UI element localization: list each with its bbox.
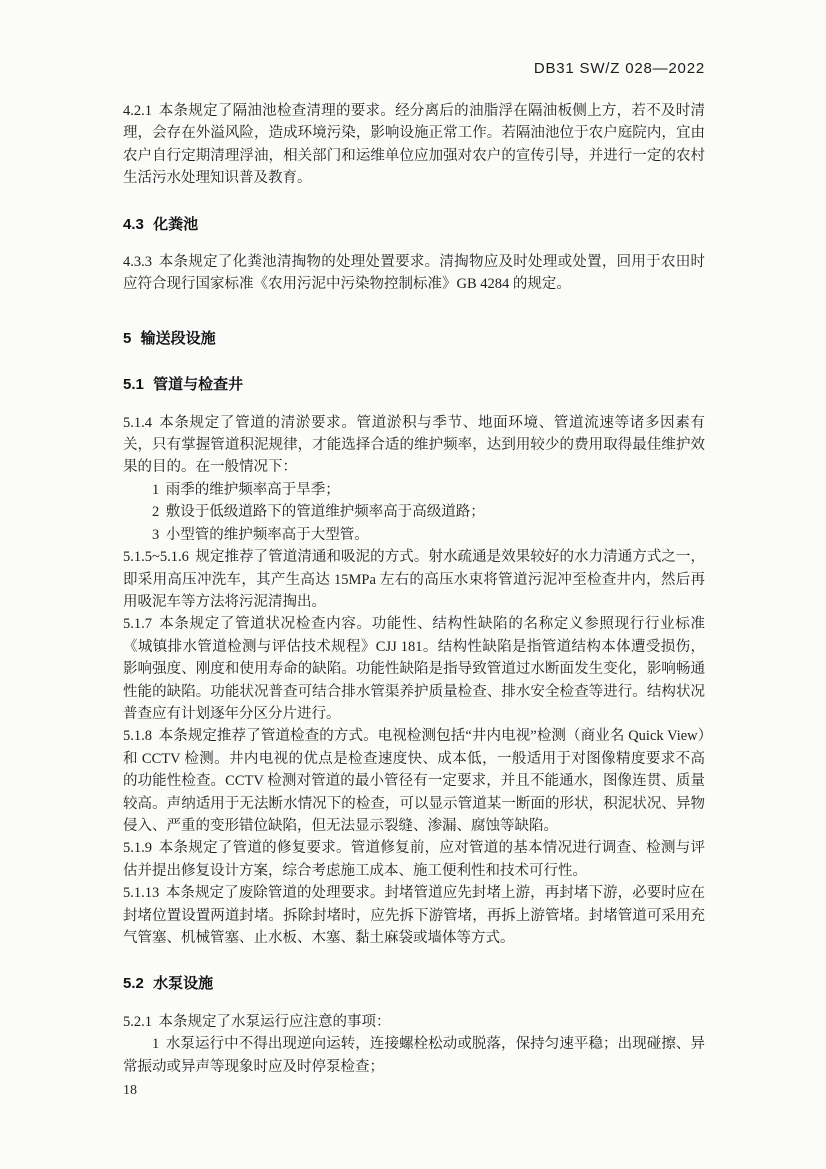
heading-number: 5.1 xyxy=(123,376,144,393)
list-item: 2敷设于低级道路下的管道维护频率高于高级道路； xyxy=(123,501,705,523)
list-item-number: 1 xyxy=(152,1036,159,1052)
section-heading-4-3: 4.3化粪池 xyxy=(123,214,705,236)
clause-text: 本条规定了隔油池检查清理的要求。经分离后的油脂浮在隔油板侧上方，若不及时清理，会… xyxy=(123,103,705,186)
clause-5-1-13: 5.1.13本条规定了废除管道的处理要求。封堵管道应先封堵上游，再封堵下游，必要… xyxy=(123,882,705,949)
clause-number: 5.1.8 xyxy=(123,728,152,744)
clause-4-3-3: 4.3.3本条规定了化粪池清掏物的处理处置要求。清掏物应及时处理或处置，回用于农… xyxy=(123,251,705,296)
list-item-text: 水泵运行中不得出现逆向运转，连接螺栓松动或脱落，保持匀速平稳；出现碰擦、异常振动… xyxy=(123,1036,705,1074)
clause-5-1-5-to-5-1-6: 5.1.5~5.1.6规定推荐了管道清通和吸泥的方式。射水疏通是效果较好的水力清… xyxy=(123,546,705,613)
clause-text: 本条规定了水泵运行应注意的事项： xyxy=(159,1014,391,1030)
clause-text: 本条规定推荐了管道检查的方式。电视检测包括“井内电视”检测（商业名 Quick … xyxy=(123,728,705,834)
page-number: 18 xyxy=(123,1083,137,1099)
heading-title: 化粪池 xyxy=(153,216,198,233)
running-header: DB31 SW/Z 028—2022 xyxy=(534,60,705,77)
clause-number: 5.1.13 xyxy=(123,885,159,901)
clause-text: 本条规定了管道状况检查内容。功能性、结构性缺陷的名称定义参照现行行业标准《城镇排… xyxy=(123,616,705,722)
list-item-number: 3 xyxy=(152,527,159,543)
list-item: 3小型管的维护频率高于大型管。 xyxy=(123,524,705,546)
clause-5-1-9: 5.1.9本条规定了管道的修复要求。管道修复前，应对管道的基本情况进行调查、检测… xyxy=(123,837,705,882)
clause-number: 5.2.1 xyxy=(123,1014,152,1030)
section-heading-5-1: 5.1管道与检查井 xyxy=(123,374,705,396)
heading-title: 水泵设施 xyxy=(153,975,213,992)
chapter-heading-5: 5输送段设施 xyxy=(123,328,705,350)
list-item-number: 2 xyxy=(152,504,159,520)
clause-text: 本条规定了管道的修复要求。管道修复前，应对管道的基本情况进行调查、检测与评估并提… xyxy=(123,840,705,878)
heading-number: 5 xyxy=(123,330,131,347)
clause-text: 本条规定了化粪池清掏物的处理处置要求。清掏物应及时处理或处置，回用于农田时应符合… xyxy=(123,254,705,292)
clause-5-1-7: 5.1.7本条规定了管道状况检查内容。功能性、结构性缺陷的名称定义参照现行行业标… xyxy=(123,613,705,725)
heading-title: 管道与检查井 xyxy=(153,376,243,393)
list-item-text: 敷设于低级道路下的管道维护频率高于高级道路； xyxy=(166,504,485,520)
clause-5-1-4: 5.1.4本条规定了管道的清淤要求。管道淤积与季节、地面环境、管道流速等诸多因素… xyxy=(123,412,705,479)
clause-4-2-1: 4.2.1本条规定了隔油池检查清理的要求。经分离后的油脂浮在隔油板侧上方，若不及… xyxy=(123,100,705,190)
list-item-text: 小型管的维护频率高于大型管。 xyxy=(166,527,369,543)
list-item-text: 雨季的维护频率高于旱季； xyxy=(166,482,340,498)
list-item-number: 1 xyxy=(152,482,159,498)
clause-5-1-8: 5.1.8本条规定推荐了管道检查的方式。电视检测包括“井内电视”检测（商业名 Q… xyxy=(123,725,705,837)
clause-text: 本条规定了管道的清淤要求。管道淤积与季节、地面环境、管道流速等诸多因素有关，只有… xyxy=(123,415,705,476)
clause-5-2-1: 5.2.1本条规定了水泵运行应注意的事项： xyxy=(123,1011,705,1033)
clause-text: 规定推荐了管道清通和吸泥的方式。射水疏通是效果较好的水力清通方式之一，即采用高压… xyxy=(123,549,705,610)
clause-number: 5.1.7 xyxy=(123,616,152,632)
list-item: 1水泵运行中不得出现逆向运转，连接螺栓松动或脱落，保持匀速平稳；出现碰擦、异常振… xyxy=(123,1033,705,1078)
heading-title: 输送段设施 xyxy=(141,330,216,347)
list-item: 1雨季的维护频率高于旱季； xyxy=(123,479,705,501)
clause-number: 5.1.9 xyxy=(123,840,152,856)
clause-number: 5.1.5~5.1.6 xyxy=(123,549,189,565)
document-page: DB31 SW/Z 028—2022 4.2.1本条规定了隔油池检查清理的要求。… xyxy=(0,0,826,1169)
heading-number: 5.2 xyxy=(123,975,144,992)
section-heading-5-2: 5.2水泵设施 xyxy=(123,973,705,995)
document-body: 4.2.1本条规定了隔油池检查清理的要求。经分离后的油脂浮在隔油板侧上方，若不及… xyxy=(123,100,705,1078)
clause-number: 4.2.1 xyxy=(123,103,152,119)
clause-number: 5.1.4 xyxy=(123,415,152,431)
clause-number: 4.3.3 xyxy=(123,254,152,270)
heading-number: 4.3 xyxy=(123,216,144,233)
clause-text: 本条规定了废除管道的处理要求。封堵管道应先封堵上游，再封堵下游，必要时应在封堵位… xyxy=(123,885,705,946)
